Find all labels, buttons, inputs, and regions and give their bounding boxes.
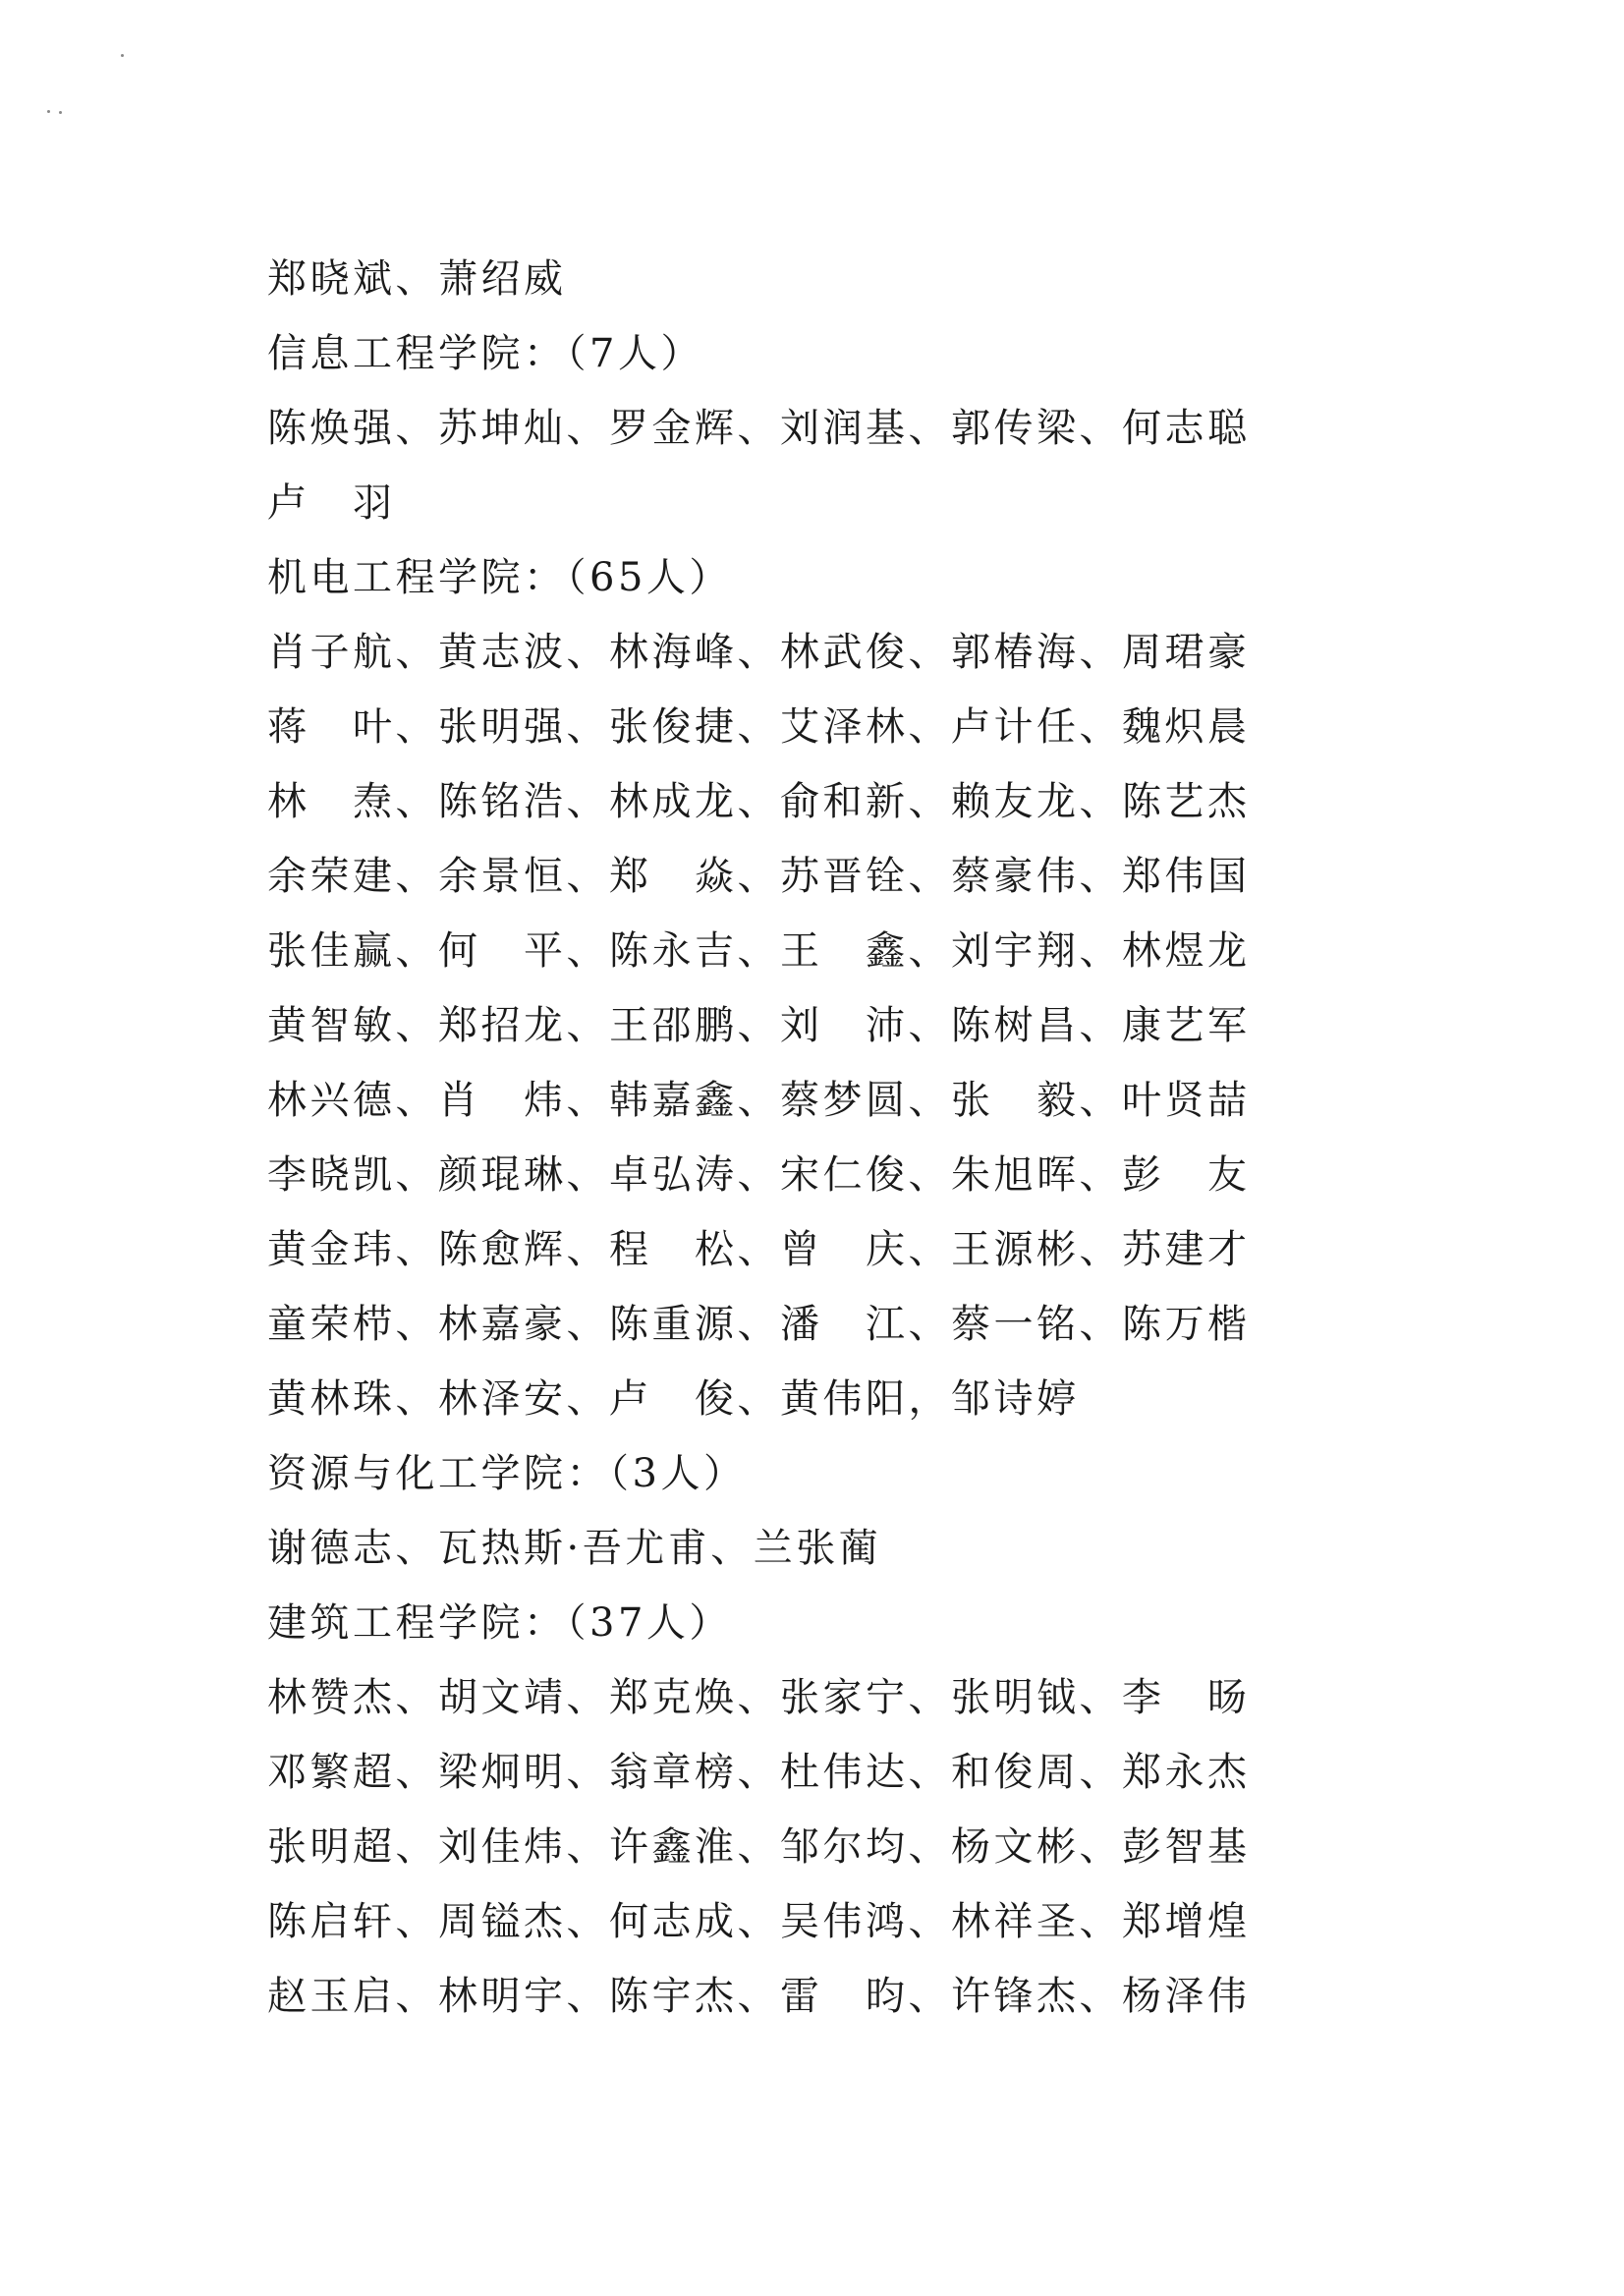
name-line: 卢 羽 <box>267 466 1260 540</box>
scan-speck <box>121 54 124 57</box>
section-information-engineering: 信息工程学院：（7人） 陈焕强、苏坤灿、罗金辉、刘润基、郭传梁、何志聪 卢 羽 <box>267 316 1260 540</box>
name-line: 李晓凯、颜琨琳、卓弘涛、宋仁俊、朱旭晖、彭 友 <box>267 1138 1260 1212</box>
name-line: 谢德志、瓦热斯·吾尤甫、兰张蔺 <box>267 1511 1260 1586</box>
name-line: 张明超、刘佳炜、许鑫淮、邹尔均、杨文彬、彭智基 <box>267 1810 1260 1884</box>
name-line: 童荣栉、林嘉豪、陈重源、潘 江、蔡一铭、陈万楷 <box>267 1287 1260 1362</box>
name-line: 黄智敏、郑招龙、王邵鹏、刘 沛、陈树昌、康艺军 <box>267 988 1260 1063</box>
name-line: 林赞杰、胡文靖、郑克焕、张家宁、张明钺、李 旸 <box>267 1660 1260 1735</box>
name-line: 陈焕强、苏坤灿、罗金辉、刘润基、郭传梁、何志聪 <box>267 391 1260 466</box>
section-resources-chemical-engineering: 资源与化工学院：（3人） 谢德志、瓦热斯·吾尤甫、兰张蔺 <box>267 1436 1260 1586</box>
name-line: 黄林珠、林泽安、卢 俊、黄伟阳，邹诗婷 <box>267 1362 1260 1436</box>
name-line: 张佳赢、何 平、陈永吉、王 鑫、刘宇翔、林煜龙 <box>267 914 1260 988</box>
name-line: 陈启轩、周镒杰、何志成、吴伟鸿、林祥圣、郑增煌 <box>267 1884 1260 1959</box>
name-line: 余荣建、余景恒、郑 焱、苏晋铨、蔡豪伟、郑伟国 <box>267 839 1260 914</box>
document-page: 郑晓斌、萧绍威 信息工程学院：（7人） 陈焕强、苏坤灿、罗金辉、刘润基、郭传梁、… <box>267 242 1260 2034</box>
name-line: 林 焘、陈铭浩、林成龙、俞和新、赖友龙、陈艺杰 <box>267 764 1260 839</box>
name-line: 赵玉启、林明宇、陈宇杰、雷 昀、许锋杰、杨泽伟 <box>267 1959 1260 2034</box>
name-line: 肖子航、黄志波、林海峰、林武俊、郭椿海、周珺豪 <box>267 615 1260 690</box>
section-heading: 信息工程学院：（7人） <box>267 316 1260 391</box>
name-line: 黄金玮、陈愈辉、程 松、曾 庆、王源彬、苏建才 <box>267 1212 1260 1287</box>
section-heading: 机电工程学院：（65人） <box>267 540 1260 615</box>
continued-name-line: 郑晓斌、萧绍威 <box>267 242 1260 316</box>
scan-speck <box>59 111 62 114</box>
section-mechanical-electrical-engineering: 机电工程学院：（65人） 肖子航、黄志波、林海峰、林武俊、郭椿海、周珺豪 蒋 叶… <box>267 540 1260 1436</box>
name-line: 林兴德、肖 炜、韩嘉鑫、蔡梦圆、张 毅、叶贤喆 <box>267 1063 1260 1138</box>
scan-speck <box>47 110 50 113</box>
section-architectural-engineering: 建筑工程学院：（37人） 林赞杰、胡文靖、郑克焕、张家宁、张明钺、李 旸 邓繁超… <box>267 1586 1260 2034</box>
name-line: 蒋 叶、张明强、张俊捷、艾泽林、卢计任、魏炽晨 <box>267 690 1260 764</box>
section-heading: 建筑工程学院：（37人） <box>267 1586 1260 1660</box>
name-line: 邓繁超、梁炯明、翁章榜、杜伟达、和俊周、郑永杰 <box>267 1735 1260 1810</box>
section-heading: 资源与化工学院：（3人） <box>267 1436 1260 1511</box>
